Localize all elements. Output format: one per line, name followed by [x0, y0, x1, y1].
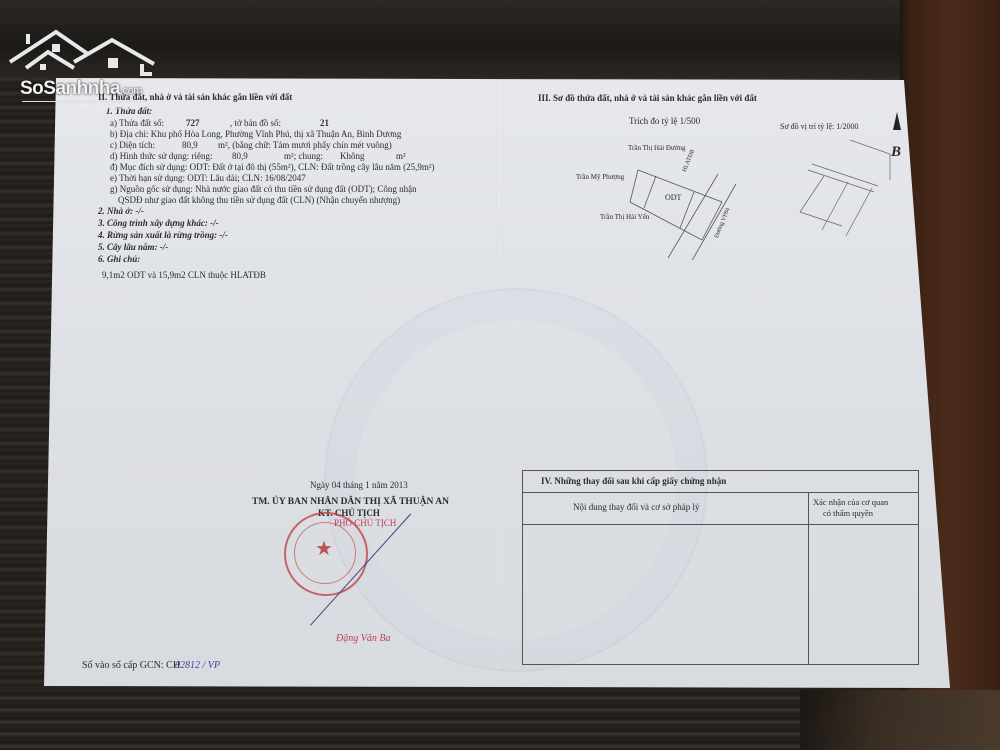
vice-chairman-title: PHÓ CHỦ TỊCH	[334, 518, 396, 529]
parcel-sketch	[560, 140, 760, 260]
area-label: c) Diện tích:	[110, 140, 155, 151]
column-confirmation-line2: có thẩm quyền	[823, 508, 873, 519]
item4-production-forest: 4. Rừng sản xuất là rừng trồng: -/-	[98, 230, 228, 241]
changes-table-header: IV. Những thay đổi sau khi cấp giấy chứn…	[523, 471, 918, 493]
extract-scale: Trích đo tỷ lệ 1/500	[629, 116, 700, 127]
logo-brand: SoSanhnha.com	[20, 78, 142, 100]
issuing-authority: TM. ỦY BAN NHÂN DÂN THỊ XÃ THUẬN AN	[252, 497, 449, 508]
usage-shared-value: Không	[340, 151, 365, 162]
map-sheet-value: 21	[320, 118, 329, 129]
house-icon	[4, 18, 164, 80]
parcel-number-value: 727	[186, 118, 200, 129]
changes-table-divider	[808, 492, 809, 664]
item3-other-construction: 3. Công trình xây dựng khác: -/-	[98, 218, 219, 229]
item5-perennial-trees: 5. Cây lâu năm: -/-	[98, 242, 168, 253]
section-iv-title: IV. Những thay đổi sau khi cấp giấy chứn…	[541, 476, 726, 487]
logo-divider	[22, 101, 144, 102]
usage-shared-unit: m²	[396, 151, 406, 162]
parcel-number-label: a) Thửa đất số:	[110, 118, 164, 129]
area-value: 80,9	[182, 140, 198, 151]
changes-table-columns: Nội dung thay đổi và cơ sở pháp lý Xác n…	[523, 492, 918, 525]
column-confirmation-line1: Xác nhận của cơ quan	[813, 497, 888, 508]
north-arrow-icon	[893, 112, 901, 130]
register-number-label: Số vào sổ cấp GCN: CH	[82, 660, 180, 671]
star-icon: ★	[315, 536, 333, 561]
section-iii-title: III. Sơ đồ thửa đất, nhà ở và tài sản kh…	[538, 93, 757, 104]
usage-origin-line1: g) Nguồn gốc sử dụng: Nhà nước giao đất …	[110, 184, 417, 195]
register-number-value: 02812 / VP	[175, 660, 220, 671]
usage-origin-line2: QSDĐ như giao đất không thu tiền sử dụng…	[118, 195, 400, 206]
area-in-words: m², (bằng chữ: Tám mươi phẩy chín mét vu…	[218, 140, 392, 151]
location-sketch	[780, 140, 940, 240]
parcel-label: ODT	[665, 192, 681, 203]
signer-name: Đặng Văn Ba	[336, 633, 390, 644]
item2-house: 2. Nhà ở: -/-	[98, 206, 144, 217]
usage-purpose: đ) Mục đích sử dụng: ODT: Đất ở tại đô t…	[110, 162, 435, 173]
watermark-logo: SoSanhnha.com Great choice for you	[4, 18, 164, 98]
background-wood-corner	[800, 690, 1000, 750]
usage-term: e) Thời hạn sử dụng: ODT: Lâu dài; CLN: …	[110, 173, 306, 184]
logo-tagline: Great choice for you	[74, 104, 137, 111]
column-change-content: Nội dung thay đổi và cơ sở pháp lý	[573, 502, 700, 513]
changes-table: IV. Những thay đổi sau khi cấp giấy chứn…	[522, 470, 919, 665]
usage-private-value: 80,9	[232, 151, 248, 162]
address-line: b) Địa chỉ: Khu phố Hòa Long, Phường Vĩn…	[110, 129, 401, 140]
item6-notes-title: 6. Ghi chú:	[98, 254, 140, 265]
issue-date: Ngày 04 tháng 1 năm 2013	[310, 480, 408, 491]
location-scale: Sơ đồ vị trí tỷ lệ: 1/2000	[780, 121, 858, 132]
usage-form-label: d) Hình thức sử dụng: riêng:	[110, 151, 213, 162]
usage-shared-label: m²; chung:	[284, 151, 323, 162]
notes-text: 9,1m2 ODT và 15,9m2 CLN thuộc HLATĐB	[102, 270, 266, 281]
map-sheet-label: , tờ bản đồ số:	[230, 118, 281, 129]
